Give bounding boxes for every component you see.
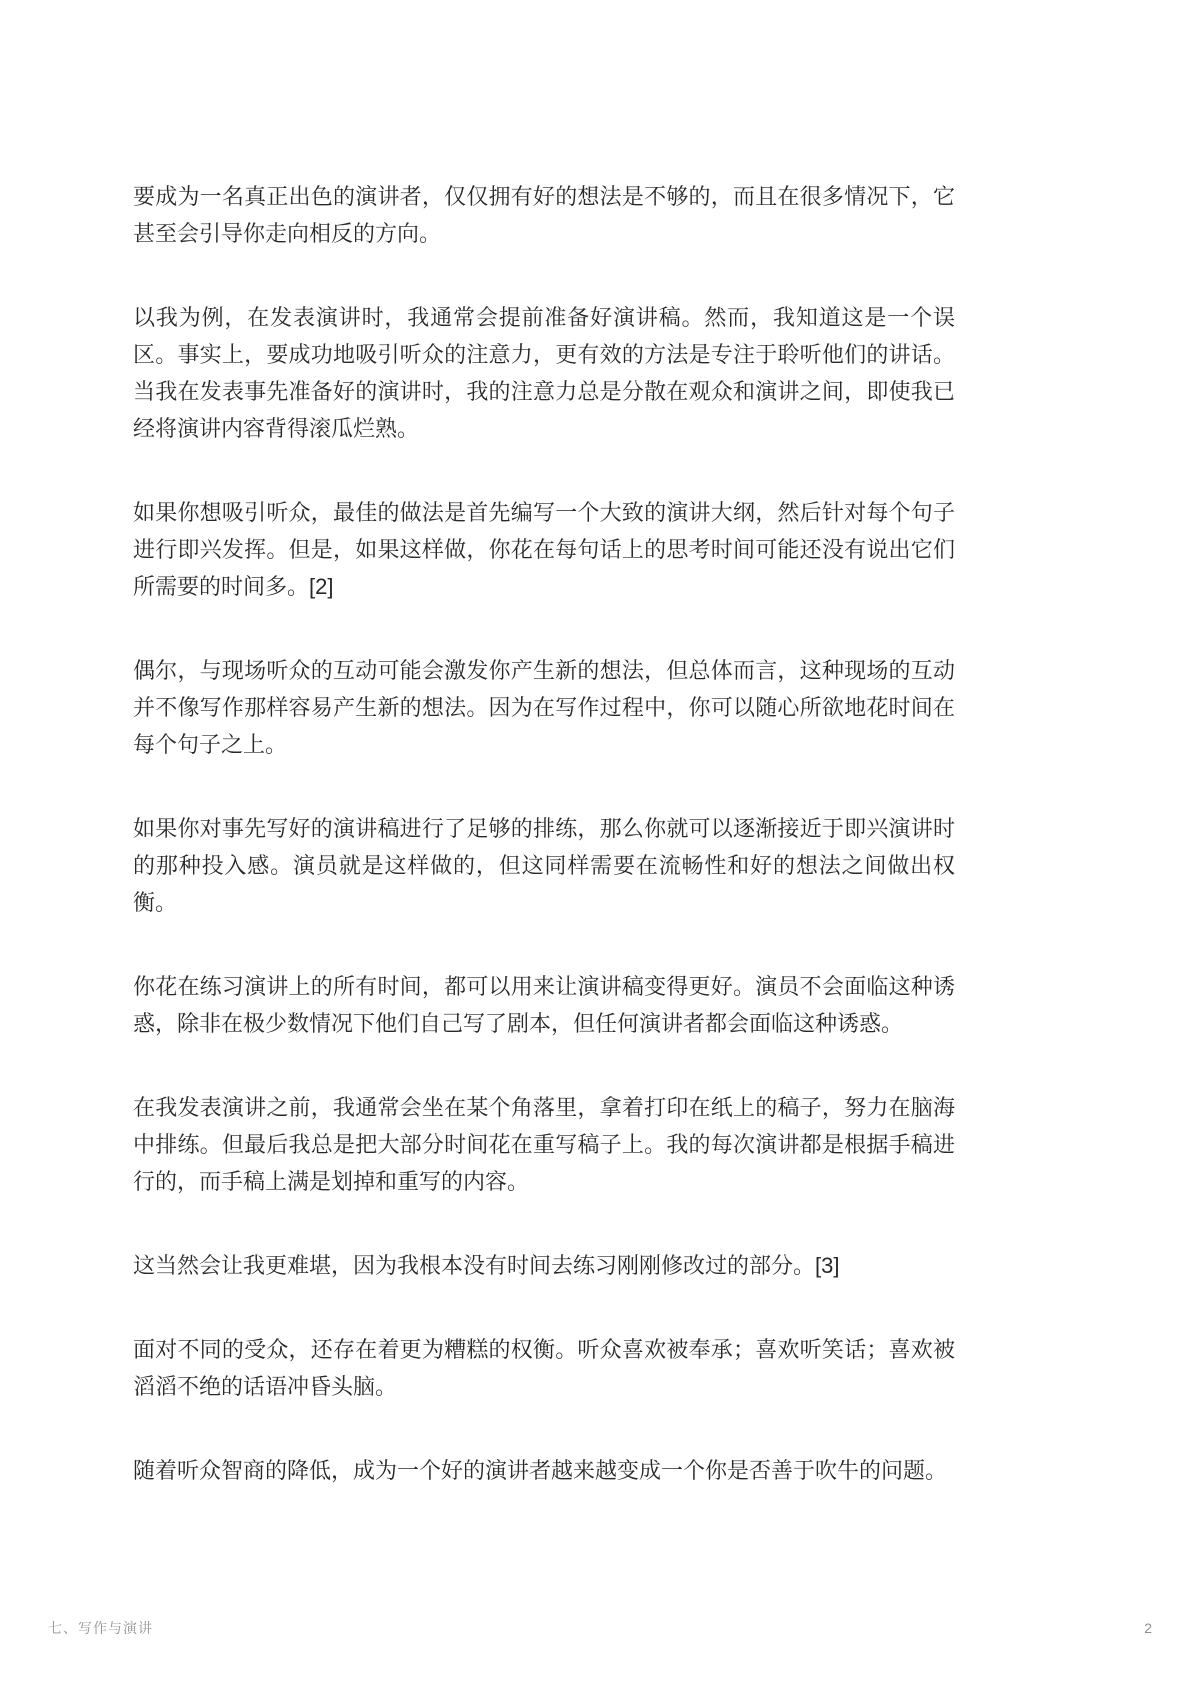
- paragraph-5: 如果你对事先写好的演讲稿进行了足够的排练，那么你就可以逐渐接近于即兴演讲时的那种…: [133, 810, 955, 921]
- page-number: 2: [1144, 1620, 1152, 1636]
- paragraph-4: 偶尔，与现场听众的互动可能会激发你产生新的想法，但总体而言，这种现场的互动并不像…: [133, 652, 955, 763]
- paragraph-3: 如果你想吸引听众，最佳的做法是首先编写一个大致的演讲大纲，然后针对每个句子进行即…: [133, 494, 955, 605]
- paragraph-6: 你花在练习演讲上的所有时间，都可以用来让演讲稿变得更好。演员不会面临这种诱惑，除…: [133, 968, 955, 1042]
- paragraph-10: 随着听众智商的降低，成为一个好的演讲者越来越变成一个你是否善于吹牛的问题。: [133, 1452, 955, 1489]
- page-footer: 七、写作与演讲 2: [48, 1618, 1152, 1638]
- paragraph-8: 这当然会让我更难堪，因为我根本没有时间去练习刚刚修改过的部分。[3]: [133, 1247, 955, 1284]
- paragraph-2: 以我为例，在发表演讲时，我通常会提前准备好演讲稿。然而，我知道这是一个误区。事实…: [133, 299, 955, 447]
- paragraph-9: 面对不同的受众，还存在着更为糟糕的权衡。听众喜欢被奉承；喜欢听笑话；喜欢被滔滔不…: [133, 1331, 955, 1405]
- document-body: 要成为一名真正出色的演讲者，仅仅拥有好的想法是不够的，而且在很多情况下，它甚至会…: [133, 178, 955, 1489]
- document-page: 要成为一名真正出色的演讲者，仅仅拥有好的想法是不够的，而且在很多情况下，它甚至会…: [0, 0, 1200, 1698]
- paragraph-7: 在我发表演讲之前，我通常会坐在某个角落里，拿着打印在纸上的稿子，努力在脑海中排练…: [133, 1089, 955, 1200]
- footer-section-title: 七、写作与演讲: [48, 1618, 153, 1638]
- paragraph-1: 要成为一名真正出色的演讲者，仅仅拥有好的想法是不够的，而且在很多情况下，它甚至会…: [133, 178, 955, 252]
